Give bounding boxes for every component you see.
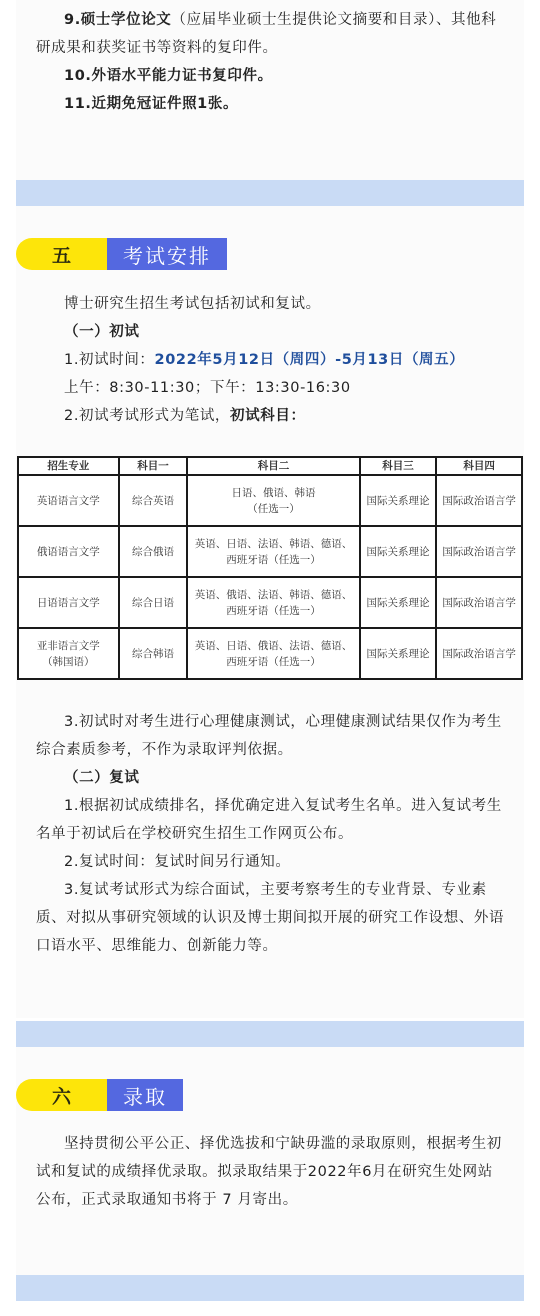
section-header-exam: 五 考试安排 (16, 238, 227, 270)
table-header-cell: 科目四 (436, 457, 522, 475)
time-value: 2022年5月12日（周四）-5月13日（周五） (155, 352, 465, 368)
table-cell: 日语、俄语、韩语 （任选一） (187, 475, 359, 526)
table-cell: 亚非语言文学 （韩国语） (18, 628, 119, 679)
table-cell: 日语语言文学 (18, 577, 119, 628)
table-cell: 英语语言文学 (18, 475, 119, 526)
sub1-heading-text: （一）初试 (64, 324, 140, 340)
table-cell: 英语、日语、法语、韩语、德语、 西班牙语（任选一） (187, 526, 359, 577)
table-cell: 国际政治语言学 (436, 526, 522, 577)
materials-item-9: 9.硕士学位论文（应届毕业硕士生提供论文摘要和目录）、其他科研成果和获奖证书等资… (36, 6, 506, 62)
table-row: 亚非语言文学 （韩国语）综合韩语英语、日语、俄语、法语、德语、 西班牙语（任选一… (18, 628, 522, 679)
form-bold: 初试科目： (230, 408, 306, 424)
retest1-text: 1.根据初试成绩排名，择优确定进入复试考生名单。进入复试考生名单于初试后在学校研… (36, 798, 502, 842)
table-row: 俄语语言文学综合俄语英语、日语、法语、韩语、德语、 西班牙语（任选一）国际关系理… (18, 526, 522, 577)
retest3-text: 3.复试考试形式为综合面试，主要考察考生的专业背景、专业素质、对拟从事研究领域的… (36, 882, 504, 954)
table-cell: 综合日语 (119, 577, 188, 628)
item9-bold: 9.硕士学位论文 (64, 12, 171, 28)
table-cell: 综合韩语 (119, 628, 188, 679)
form-text: 2.初试考试形式为笔试， (64, 408, 230, 424)
subheading-initial-exam: （一）初试 (36, 318, 506, 346)
table-cell: 综合英语 (119, 475, 188, 526)
table-cell: 英语、俄语、法语、韩语、德语、 西班牙语（任选一） (187, 577, 359, 628)
item3-text: 3.初试时对考生进行心理健康测试，心理健康测试结果仅作为考生综合素质参考，不作为… (36, 714, 502, 758)
table-cell: 国际政治语言学 (436, 577, 522, 628)
section-divider-band (16, 1275, 524, 1301)
admission-body: 坚持贯彻公平公正、择优选拔和宁缺毋滥的录取原则，根据考生初试和复试的成绩择优录取… (36, 1130, 506, 1214)
sub2-heading-text: （二）复试 (64, 770, 140, 786)
table-header-cell: 科目一 (119, 457, 188, 475)
table-cell: 国际政治语言学 (436, 475, 522, 526)
retest2-text: 2.复试时间：复试时间另行通知。 (64, 854, 290, 870)
hours-text: 上午：8:30-11:30；下午：13:30-16:30 (64, 380, 351, 396)
exam-intro-text: 博士研究生招生考试包括初试和复试。 (64, 296, 321, 312)
table-cell: 国际关系理论 (360, 628, 437, 679)
table-cell: 国际政治语言学 (436, 628, 522, 679)
table-cell: 英语、日语、俄语、法语、德语、 西班牙语（任选一） (187, 628, 359, 679)
initial-exam-form: 2.初试考试形式为笔试，初试科目： (36, 402, 506, 430)
table-cell: 综合俄语 (119, 526, 188, 577)
section-number: 五 (16, 238, 107, 270)
retest-item-3: 3.复试考试形式为综合面试，主要考察考生的专业背景、专业素质、对拟从事研究领域的… (36, 876, 506, 960)
table-cell: 俄语语言文学 (18, 526, 119, 577)
exam-intro: 博士研究生招生考试包括初试和复试。 (36, 290, 506, 318)
admission-body-text: 坚持贯彻公平公正、择优选拔和宁缺毋滥的录取原则，根据考生初试和复试的成绩择优录取… (36, 1136, 502, 1208)
time-label: 1.初试时间： (64, 352, 155, 368)
section-title: 考试安排 (107, 238, 227, 270)
retest-item-1: 1.根据初试成绩排名，择优确定进入复试考生名单。进入复试考生名单于初试后在学校研… (36, 792, 506, 848)
table-row: 日语语言文学综合日语英语、俄语、法语、韩语、德语、 西班牙语（任选一）国际关系理… (18, 577, 522, 628)
initial-exam-item-3: 3.初试时对考生进行心理健康测试，心理健康测试结果仅作为考生综合素质参考，不作为… (36, 708, 506, 764)
table-row: 英语语言文学综合英语日语、俄语、韩语 （任选一）国际关系理论国际政治语言学 (18, 475, 522, 526)
table-header-cell: 科目三 (360, 457, 437, 475)
exam-subjects-table: 招生专业 科目一 科目二 科目三 科目四 英语语言文学综合英语日语、俄语、韩语 … (17, 456, 523, 680)
section-title: 录取 (107, 1079, 183, 1111)
section-divider-band (16, 1021, 524, 1047)
materials-item-10: 10.外语水平能力证书复印件。 (36, 62, 506, 90)
item11-text: 11.近期免冠证件照1张。 (64, 96, 238, 112)
initial-exam-time: 1.初试时间：2022年5月12日（周四）-5月13日（周五） (36, 346, 506, 374)
item10-text: 10.外语水平能力证书复印件。 (64, 68, 273, 84)
section-divider-band (16, 180, 524, 206)
table-cell: 国际关系理论 (360, 526, 437, 577)
table-header-row: 招生专业 科目一 科目二 科目三 科目四 (18, 457, 522, 475)
subheading-retest: （二）复试 (36, 764, 506, 792)
initial-exam-hours: 上午：8:30-11:30；下午：13:30-16:30 (36, 374, 506, 402)
table-header-cell: 招生专业 (18, 457, 119, 475)
table-cell: 国际关系理论 (360, 475, 437, 526)
materials-item-11: 11.近期免冠证件照1张。 (36, 90, 506, 118)
table-cell: 国际关系理论 (360, 577, 437, 628)
section-number: 六 (16, 1079, 107, 1111)
retest-item-2: 2.复试时间：复试时间另行通知。 (36, 848, 506, 876)
table-header-cell: 科目二 (187, 457, 359, 475)
section-header-admission: 六 录取 (16, 1079, 183, 1111)
